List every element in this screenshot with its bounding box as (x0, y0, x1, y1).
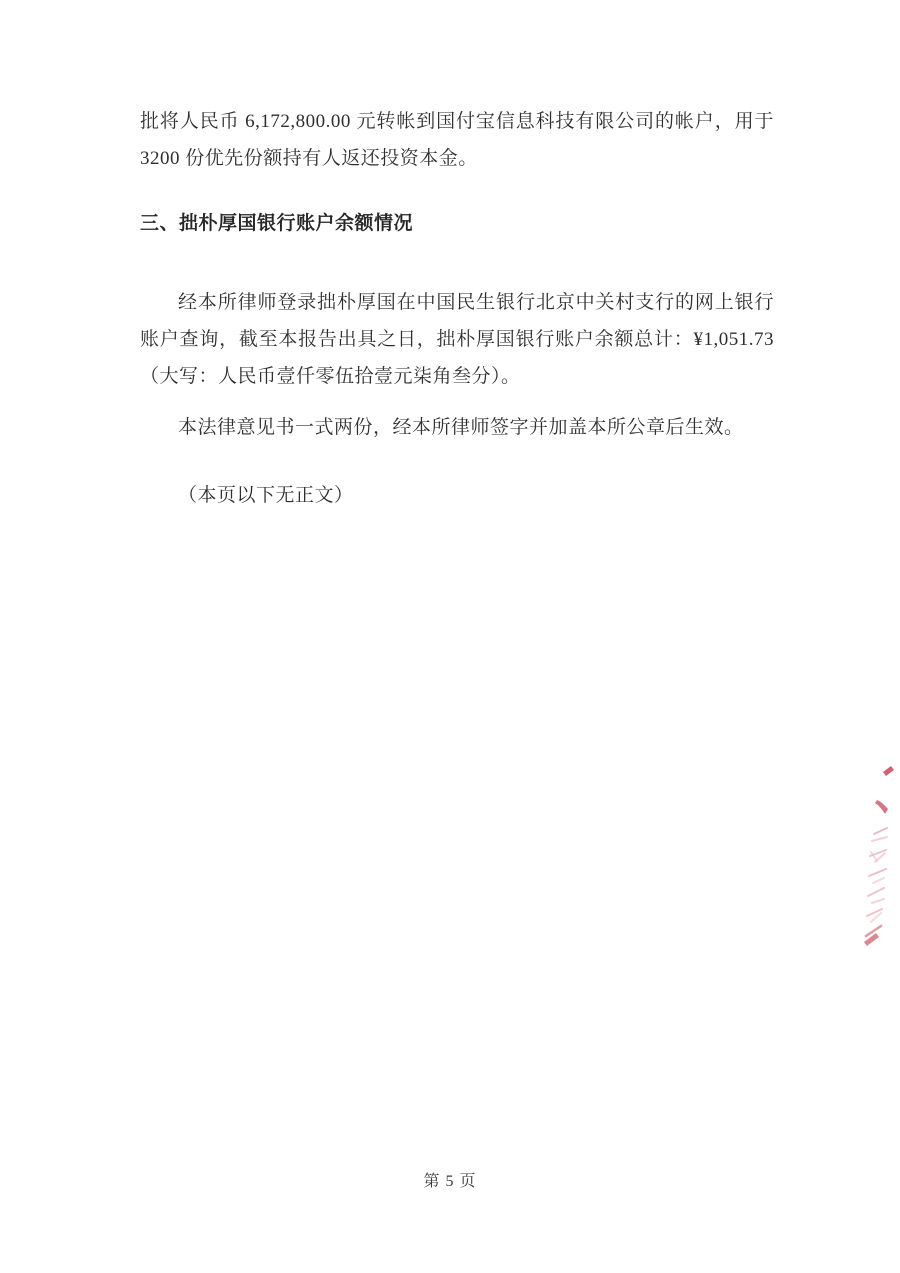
section-heading-bank-balance: 三、拙朴厚国银行账户余额情况 (140, 205, 774, 242)
page-number: 第 5 页 (0, 1170, 900, 1194)
paragraph-transfer-continuation: 批将人民币 6,172,800.00 元转帐到国付宝信息科技有限公司的帐户，用于… (140, 103, 774, 177)
document-page: 批将人民币 6,172,800.00 元转帐到国付宝信息科技有限公司的帐户，用于… (0, 0, 900, 1273)
paragraph-no-more-text-note: （本页以下无正文） (140, 477, 774, 514)
paragraph-effectiveness: 本法律意见书一式两份，经本所律师签字并加盖本所公章后生效。 (140, 409, 774, 446)
partial-red-seal (856, 756, 896, 956)
paragraph-bank-balance: 经本所律师登录拙朴厚国在中国民生银行北京中关村支行的网上银行账户查询，截至本报告… (140, 284, 774, 395)
